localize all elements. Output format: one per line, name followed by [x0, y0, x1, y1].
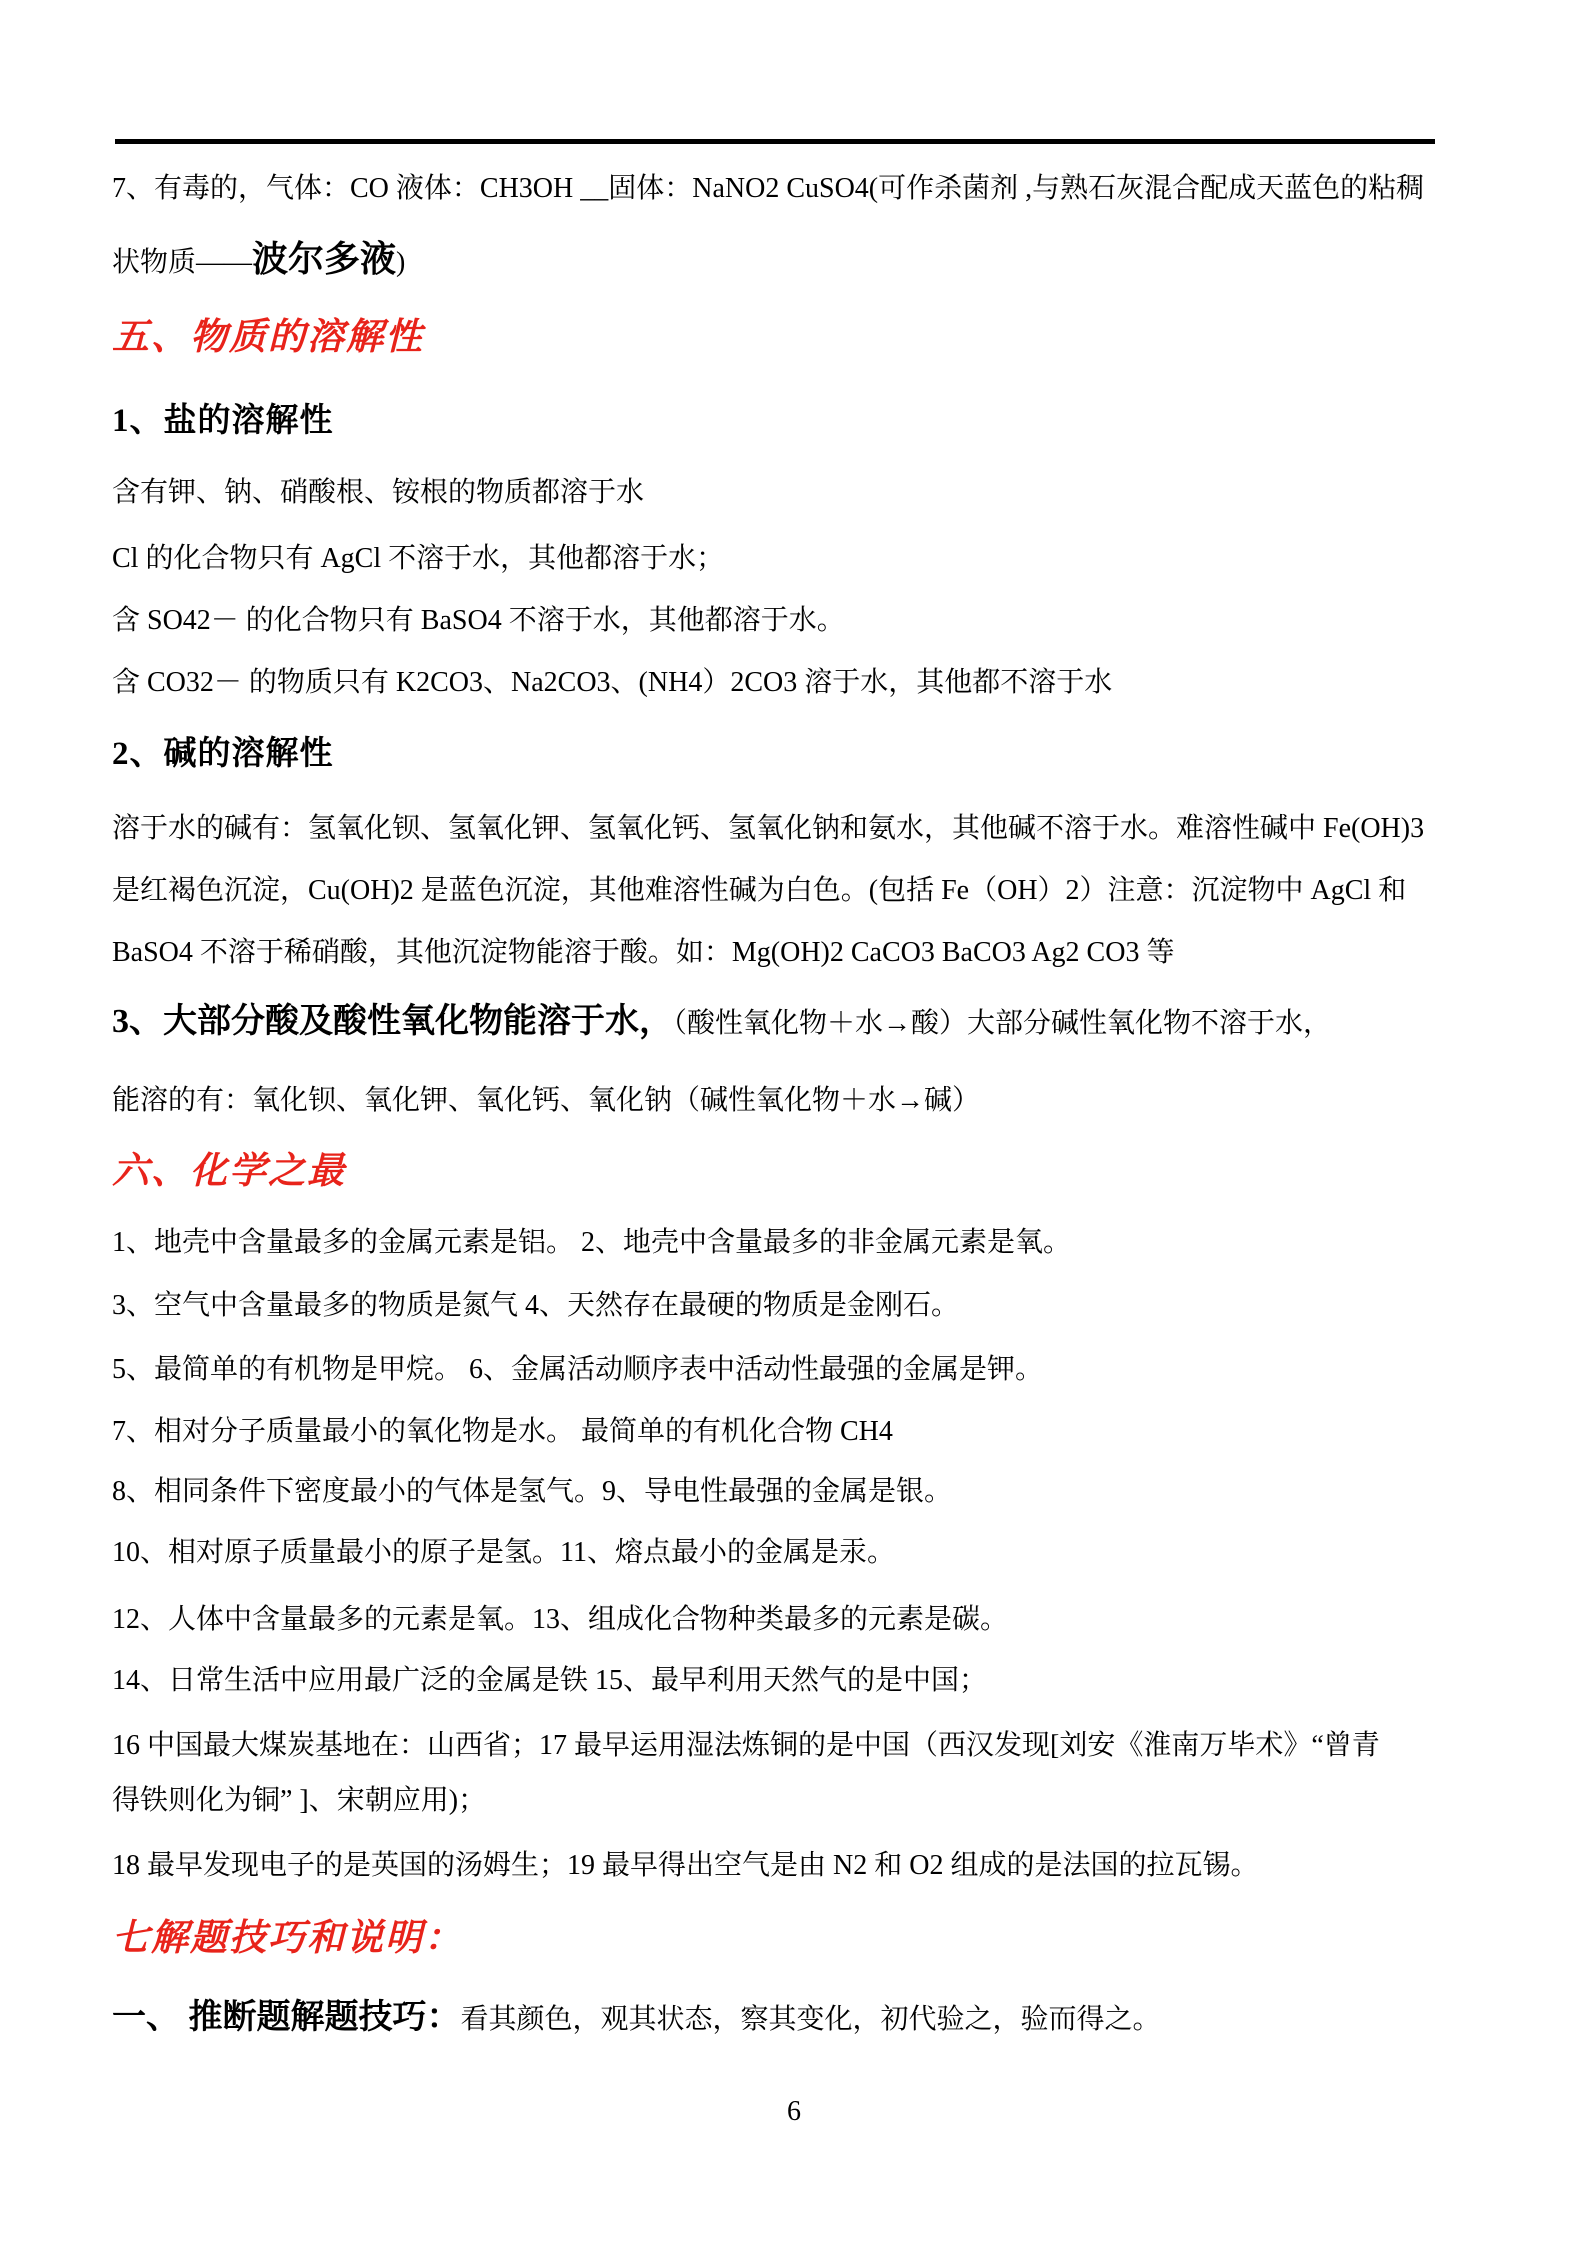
- body-line: 18 最早发现电子的是英国的汤姆生；19 最早得出空气是由 N2 和 O2 组成…: [112, 1849, 1258, 1883]
- subsection-heading-salt: 1、盐的溶解性: [112, 402, 334, 442]
- body-line: 含有钾、钠、硝酸根、铵根的物质都溶于水: [112, 476, 644, 510]
- body-line: Cl 的化合物只有 AgCl 不溶于水，其他都溶于水；: [112, 542, 724, 576]
- page-number: 6: [0, 2096, 1588, 2128]
- body-line: 溶于水的碱有：氢氧化钡、氢氧化钾、氢氧化钙、氢氧化钠和氨水，其他碱不溶于水。难溶…: [112, 812, 1424, 846]
- body-line: 8、相同条件下密度最小的气体是氢气。9、导电性最强的金属是银。: [112, 1475, 952, 1509]
- section-heading-7: 七解题技巧和说明：: [112, 1917, 463, 1961]
- body-line: BaSO4 不溶于稀硝酸，其他沉淀物能溶于酸。如：Mg(OH)2 CaCO3 B…: [112, 936, 1174, 970]
- body-line: 7、相对分子质量最小的氧化物是水。 最简单的有机化合物 CH4: [112, 1415, 893, 1449]
- document-page: 7、有毒的，气体：CO 液体：CH3OH __固体：NaNO2 CuSO4(可作…: [0, 0, 1588, 2245]
- body-line: 含 CO32－ 的物质只有 K2CO3、Na2CO3、(NH4）2CO3 溶于水…: [112, 666, 1112, 700]
- text-segment: 状物质——: [112, 247, 252, 278]
- body-line: 16 中国最大煤炭基地在：山西省；17 最早运用湿法炼铜的是中国（西汉发现[刘安…: [112, 1729, 1380, 1763]
- body-line: 3、空气中含量最多的物质是氮气 4、天然存在最硬的物质是金刚石。: [112, 1289, 959, 1323]
- list-item-technique: 一、 推断题解题技巧：看其颜色，观其状态，察其变化，初代验之，验而得之。: [112, 1998, 1161, 2039]
- body-line: 是红褐色沉淀，Cu(OH)2 是蓝色沉淀，其他难溶性碱为白色。(包括 Fe（OH…: [112, 874, 1406, 908]
- body-line: 10、相对原子质量最小的原子是氢。11、熔点最小的金属是汞。: [112, 1536, 895, 1570]
- header-rule: [115, 139, 1435, 144]
- bold-heading-segment: 3、大部分酸及酸性氧化物能溶于水，: [112, 1003, 673, 1040]
- text-segment: （酸性氧化物＋水→酸）大部分碱性氧化物不溶于水，: [673, 1008, 1331, 1039]
- body-line: 1、地壳中含量最多的金属元素是铝。 2、地壳中含量最多的非金属元素是氧。: [112, 1226, 1071, 1260]
- section-heading-6: 六、化学之最: [112, 1150, 346, 1194]
- subsection-heading-acid: 3、大部分酸及酸性氧化物能溶于水，（酸性氧化物＋水→酸）大部分碱性氧化物不溶于水…: [112, 1002, 1331, 1043]
- body-line: 能溶的有：氧化钡、氧化钾、氧化钙、氧化钠（碱性氧化物＋水→碱）: [112, 1084, 980, 1118]
- bold-term: 波尔多液: [252, 239, 396, 279]
- bold-heading-segment: 一、 推断题解题技巧：: [112, 1999, 461, 2036]
- body-line: 含 SO42－ 的化合物只有 BaSO4 不溶于水，其他都溶于水。: [112, 604, 845, 638]
- text-segment: 看其颜色，观其状态，察其变化，初代验之，验而得之。: [461, 2004, 1161, 2035]
- subsection-heading-base: 2、碱的溶解性: [112, 735, 334, 775]
- text-segment: ): [396, 247, 405, 278]
- body-line: 12、人体中含量最多的元素是氧。13、组成化合物种类最多的元素是碳。: [112, 1603, 1008, 1637]
- section-heading-5: 五、物质的溶解性: [112, 316, 424, 360]
- body-line: 14、日常生活中应用最广泛的金属是铁 15、最早利用天然气的是中国；: [112, 1664, 987, 1698]
- paragraph-line: 7、有毒的，气体：CO 液体：CH3OH __固体：NaNO2 CuSO4(可作…: [112, 172, 1424, 206]
- paragraph-line: 状物质——波尔多液): [112, 238, 405, 281]
- body-line: 得铁则化为铜” ]、宋朝应用)；: [112, 1784, 486, 1818]
- body-line: 5、最简单的有机物是甲烷。 6、金属活动顺序表中活动性最强的金属是钾。: [112, 1353, 1043, 1387]
